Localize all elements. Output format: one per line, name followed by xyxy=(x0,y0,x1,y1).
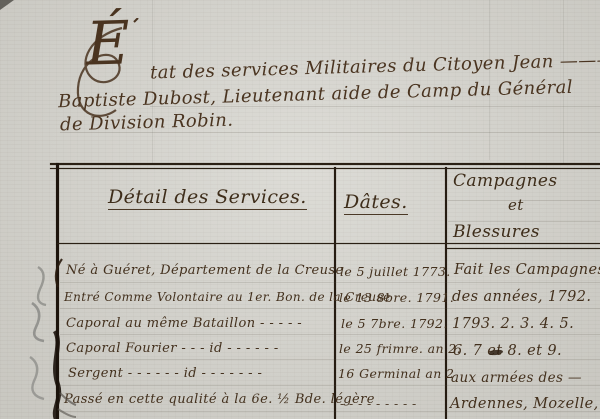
campaigns-line: des années, 1792. xyxy=(452,289,591,305)
table-row-service: Né à Guéret, Département de la Creuse xyxy=(66,263,344,278)
column-header-dates: Dâtes. xyxy=(344,191,408,213)
photo-corner-shadow xyxy=(0,0,14,10)
campaigns-line: 1793. 2. 3. 4. 5. xyxy=(452,316,574,332)
header-bottom-rule-col3 xyxy=(447,248,600,249)
table-row-service: Passé en cette qualité à la 6e. ½ Bde. l… xyxy=(64,392,375,407)
column-header-campagnes-line3: Blessures xyxy=(453,222,540,242)
table-row-date: 16 Germinal an 2 xyxy=(338,366,454,381)
column-header-dates-label: Dâtes. xyxy=(344,191,408,215)
campaigns-line: 6. 7 et 8. et 9. xyxy=(453,343,562,359)
margin-marks-icon xyxy=(8,245,78,419)
table-row-date: le 5 juillet 1773. xyxy=(340,264,451,279)
table-row-date: le 5 7bre. 1792. xyxy=(341,316,448,331)
table-row-date: le 13 8bre. 1791. xyxy=(339,290,454,305)
campaigns-line: Ardennes, Mozelle, xyxy=(450,396,599,412)
column-header-services: Détail des Services. xyxy=(108,186,307,208)
row-guide-line xyxy=(60,282,600,283)
table-row-service: Caporal au même Bataillon - - - - - xyxy=(66,316,302,331)
column-header-campagnes-line2: et xyxy=(508,196,524,214)
row-guide-line xyxy=(60,359,600,360)
ruled-line xyxy=(448,200,600,201)
campaigns-line: aux armées des — xyxy=(451,370,582,386)
column-header-services-label: Détail des Services. xyxy=(108,186,307,210)
table-top-rule xyxy=(50,163,600,165)
campaigns-line: Fait les Campagnes xyxy=(454,262,600,278)
row-guide-line xyxy=(60,308,600,309)
table-row-service: Sergent - - - - - - id - - - - - - - xyxy=(68,366,262,381)
table-row-date: - - - - - - - - - xyxy=(340,396,417,411)
table-row-date: le 25 frimre. an 2. xyxy=(339,341,461,356)
row-guide-line xyxy=(60,334,600,335)
column-header-campagnes-line1: Campagnes xyxy=(453,171,558,191)
table-row-service: Caporal Fourier - - - id - - - - - - xyxy=(66,341,279,356)
header-bottom-rule xyxy=(57,243,600,244)
table-top-rule-2 xyxy=(50,168,600,169)
manuscript-page: É tat des services Militaires du Citoyen… xyxy=(0,0,600,419)
